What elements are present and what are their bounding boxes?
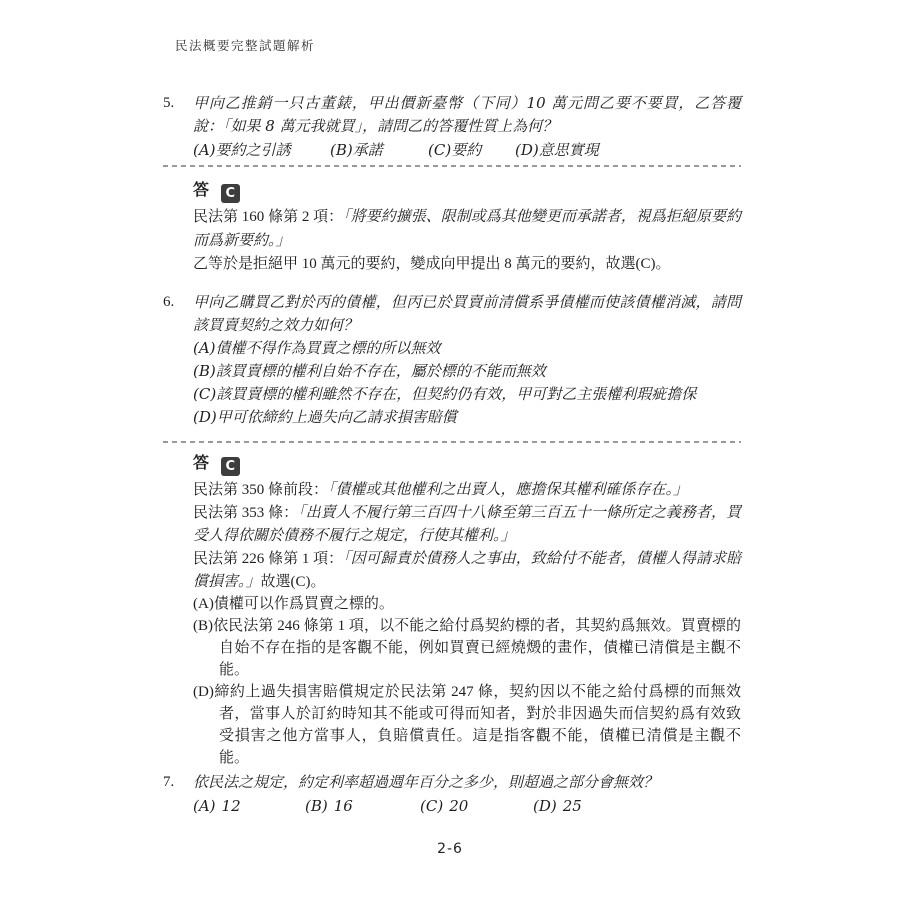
answer-6: 答 C 民法第 350 條前段：「債權或其他權利之出賣人，應擔保其權利確係存在。… [163,452,741,769]
answer-body: 民法第 350 條前段：「債權或其他權利之出賣人，應擔保其權利確係存在。」民法第… [193,478,741,769]
dashed-divider [163,441,741,443]
explanation-text: 乙等於是拒絕甲 10 萬元的要約，變成向甲提出 8 萬元的要約，故選(C)。 [193,256,671,272]
explanation-text: (D)締約上過失損害賠償規定於民法第 247 條，契約因以不能之給付爲標的而無效… [193,684,741,766]
option-c: (C)要約 [428,139,515,162]
option-label: (C) [428,141,451,159]
option-label: (A) [193,141,216,159]
law-citation-paragraph: 民法第 226 條第 1 項：「因可歸責於債務人之事由，致給付不能者，債權人得請… [193,547,741,593]
option-explanation: (B)依民法第 246 條第 1 項，以不能之給付爲契約標的者，其契約爲無效。買… [193,615,741,681]
option-c: (C)該買賣標的權利雖然不存在，但契約仍有效，甲可對乙主張權利瑕疵擔保 [193,383,741,406]
answer-header: 答 C [193,452,741,475]
page-content: 5. 甲向乙推銷一只古董錶，甲出價新臺幣（下同）10 萬元問乙要不要買，乙答覆說… [163,0,741,900]
question-main: 甲向乙購買乙對於丙的債權，但丙已於買賣前清償系爭債權而使該債權消滅，請問該買賣契… [193,291,741,429]
option-text: 25 [563,797,582,815]
law-citation-paragraph: 民法第 353 條：「出賣人不履行第三百四十八條至第三百五十一條所定之義務者，買… [193,501,741,547]
option-text: 承諾 [353,141,383,159]
option-text: 16 [334,797,353,815]
option-label: (D) [515,141,539,159]
option-text: 該買賣標的權利自始不存在，屬於標的不能而無效 [216,362,546,380]
option-d: (D)25 [533,795,582,818]
question-number: 7. [163,771,193,818]
option-b: (B)16 [305,795,420,818]
option-c: (C)20 [420,795,533,818]
option-text: 甲可依締約上過失向乙請求損害賠償 [217,408,457,426]
option-label: (D) [193,408,217,426]
law-citation-paragraph: 民法第 160 條第 2 項：「將要約擴張、限制或爲其他變更而承諾者，視爲拒絕原… [193,205,741,253]
option-b: (B)承諾 [330,139,428,162]
explanation-text: 民法第 160 條第 2 項： [193,209,343,225]
option-label: (C) [193,385,216,403]
law-quote-text: 「債權或其他權利之出賣人，應擔保其權利確係存在。」 [328,480,688,498]
option-label: (A) [193,339,216,357]
option-label: (C) [420,797,443,815]
option-text: 債權不得作為買賣之標的所以無效 [216,339,441,357]
option-label: (A) [193,797,216,815]
option-label: (B) [305,797,328,815]
option-text: 要約之引誘 [216,141,291,159]
option-text: 該買賣標的權利雖然不存在，但契約仍有效，甲可對乙主張權利瑕疵擔保 [216,385,696,403]
option-text: 20 [449,797,468,815]
options-row: (A)12 (B)16 (C)20 (D)25 [193,795,741,818]
answer-header: 答 C [193,179,741,202]
question-row: 5. 甲向乙推銷一只古董錶，甲出價新臺幣（下同）10 萬元問乙要不要買，乙答覆說… [163,92,741,162]
answer-5: 答 C 民法第 160 條第 2 項：「將要約擴張、限制或爲其他變更而承諾者，視… [163,179,741,276]
option-explanation: (D)締約上過失損害賠償規定於民法第 247 條，契約因以不能之給付爲標的而無效… [193,681,741,769]
option-d: (D)意思實現 [515,139,599,162]
answer-label: 答 [193,182,209,199]
question-number: 5. [163,92,193,162]
question-row: 6. 甲向乙購買乙對於丙的債權，但丙已於買賣前清償系爭債權而使該債權消滅，請問該… [163,291,741,429]
question-6: 6. 甲向乙購買乙對於丙的債權，但丙已於買賣前清償系爭債權而使該債權消滅，請問該… [163,291,741,429]
option-text: 意思實現 [539,141,599,159]
explanation-text: 民法第 353 條： [193,505,298,521]
option-a: (A)債權不得作為買賣之標的所以無效 [193,337,741,360]
option-b: (B)該買賣標的權利自始不存在，屬於標的不能而無效 [193,360,741,383]
book-page: 民法概要完整試題解析 5. 甲向乙推銷一只古董錶，甲出價新臺幣（下同）10 萬元… [0,0,900,900]
page-number: 2-6 [0,841,900,857]
law-citation-paragraph: 乙等於是拒絕甲 10 萬元的要約，變成向甲提出 8 萬元的要約，故選(C)。 [193,253,741,276]
answer-letter-badge: C [221,457,240,476]
option-label: (B) [193,362,216,380]
answer-letter-badge: C [221,184,240,203]
question-text: 依民法之規定，約定利率超過週年百分之多少，則超過之部分會無效？ [193,771,741,794]
question-main: 依民法之規定，約定利率超過週年百分之多少，則超過之部分會無效？ (A)12 (B… [193,771,741,818]
options-row: (A)要約之引誘 (B)承諾 (C)要約 (D)意思實現 [193,139,741,162]
explanation-text: (A)債權可以作爲買賣之標的。 [193,596,394,612]
option-a: (A)12 [193,795,305,818]
explanation-text: 民法第 350 條前段： [193,482,328,498]
dashed-divider [163,165,741,167]
option-explanation: (A)債權可以作爲買賣之標的。 [193,593,741,615]
question-text: 甲向乙購買乙對於丙的債權，但丙已於買賣前清償系爭債權而使該債權消滅，請問該買賣契… [193,291,741,337]
question-main: 甲向乙推銷一只古董錶，甲出價新臺幣（下同）10 萬元問乙要不要買，乙答覆說：「如… [193,92,741,162]
option-label: (B) [330,141,353,159]
question-row: 7. 依民法之規定，約定利率超過週年百分之多少，則超過之部分會無效？ (A)12… [163,771,741,818]
option-a: (A)要約之引誘 [193,139,330,162]
option-d: (D)甲可依締約上過失向乙請求損害賠償 [193,406,741,429]
law-citation-paragraph: 民法第 350 條前段：「債權或其他權利之出賣人，應擔保其權利確係存在。」 [193,478,741,501]
answer-label: 答 [193,455,209,472]
explanation-text: (B)依民法第 246 條第 1 項，以不能之給付爲契約標的者，其契約爲無效。買… [193,618,741,678]
explanation-text: 故選(C)。 [261,574,326,590]
question-number: 6. [163,291,193,429]
question-text: 甲向乙推銷一只古董錶，甲出價新臺幣（下同）10 萬元問乙要不要買，乙答覆說：「如… [193,92,741,138]
question-5: 5. 甲向乙推銷一只古董錶，甲出價新臺幣（下同）10 萬元問乙要不要買，乙答覆說… [163,92,741,162]
question-7: 7. 依民法之規定，約定利率超過週年百分之多少，則超過之部分會無效？ (A)12… [163,771,741,818]
option-text: 12 [222,797,241,815]
option-text: 要約 [451,141,481,159]
explanation-text: 民法第 226 條第 1 項： [193,551,343,567]
option-label: (D) [533,797,557,815]
answer-body: 民法第 160 條第 2 項：「將要約擴張、限制或爲其他變更而承諾者，視爲拒絕原… [193,205,741,276]
